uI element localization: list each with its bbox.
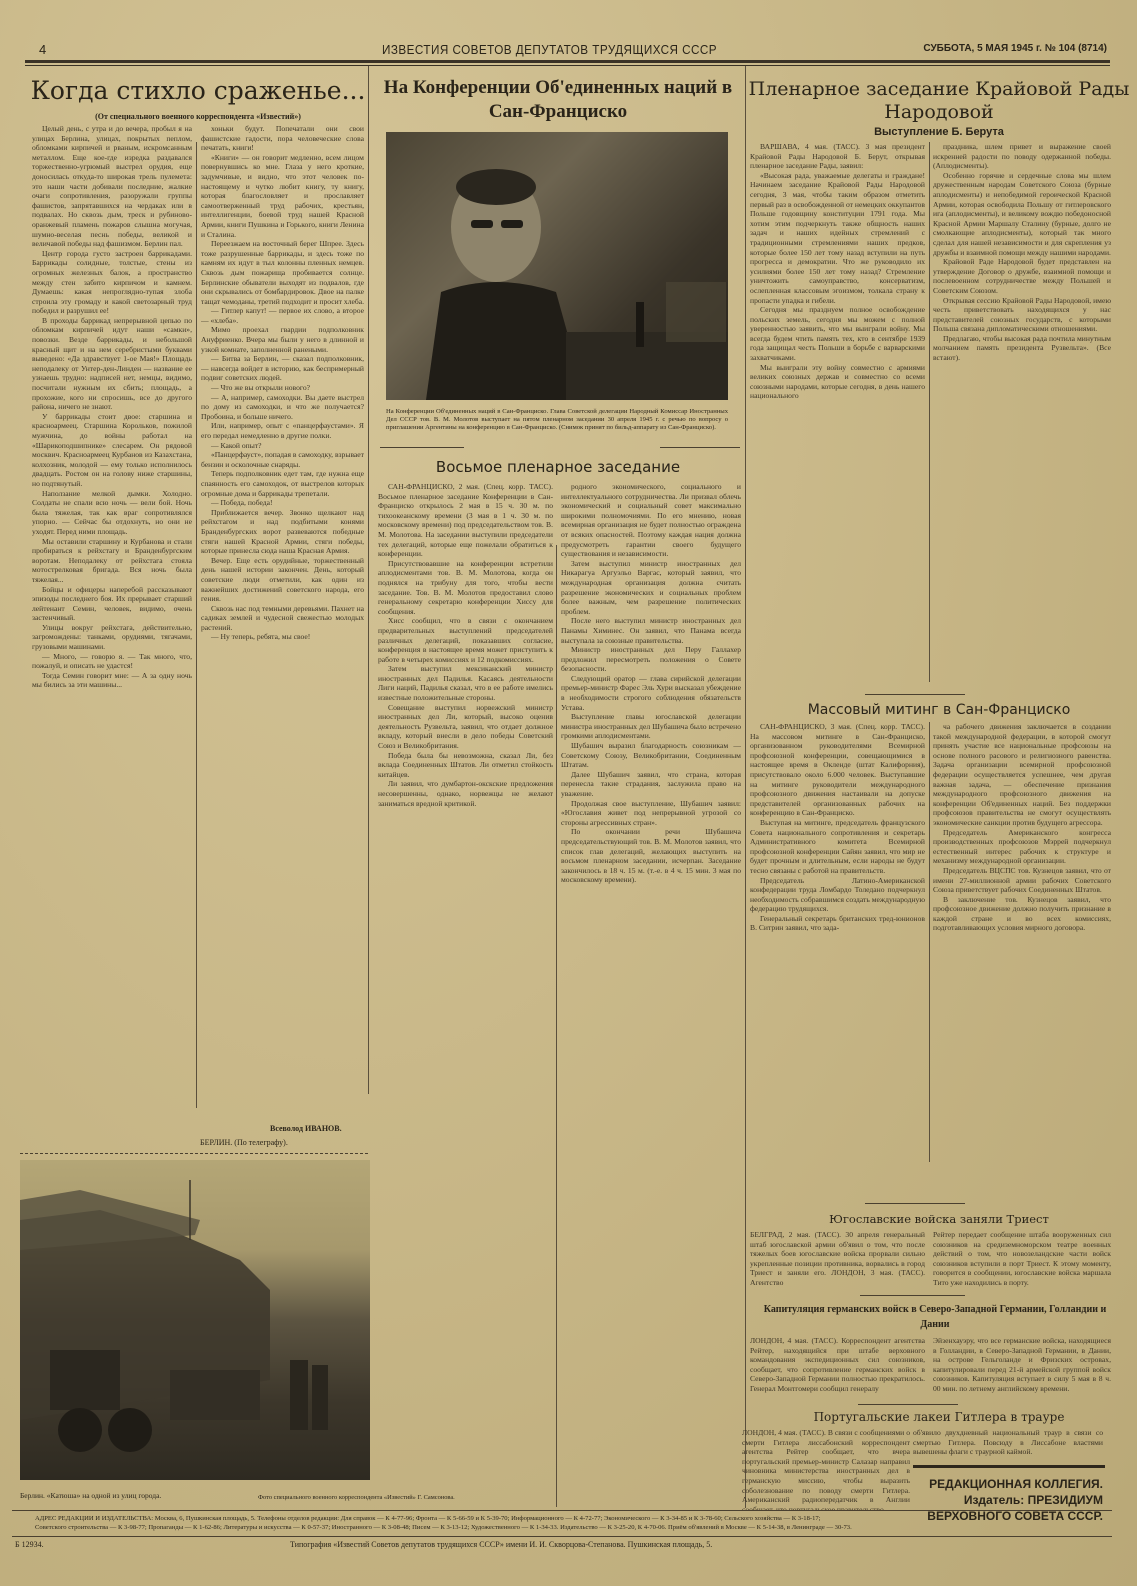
editorial-line-1: РЕДАКЦИОННАЯ КОЛЛЕГИЯ. — [913, 1476, 1103, 1492]
column-divider — [929, 722, 930, 1162]
paragraph: — Много, — говорю я. — Так много, что, п… — [32, 652, 192, 671]
paragraph: Председатель Латино-Американской конфеде… — [750, 876, 925, 914]
paragraph: Вечер. Еще есть орудийные, торжественный… — [201, 556, 364, 604]
photo-katyusha-berlin — [20, 1160, 370, 1480]
paragraph: Мы выиграли эту войну совместно с армиям… — [750, 363, 925, 401]
masthead: 4 ИЗВЕСТИЯ СОВЕТОВ ДЕПУТАТОВ ТРУДЯЩИХСЯ … — [12, 40, 1107, 62]
paragraph: ча рабочего движения заключается в созда… — [933, 722, 1111, 828]
headline-portugal: Португальские лакеи Гитлера в трауре — [748, 1410, 1130, 1424]
berlin-column-2: хоньки будут. Попечатали они свои фашист… — [201, 124, 364, 1094]
section-divider — [858, 1404, 958, 1405]
headline-mass-rally: Массовый митинг в Сан-Франциско — [748, 702, 1130, 718]
paragraph: — Какой опыт? — [201, 441, 364, 451]
printer-info: Типография «Известий Советов депутатов т… — [290, 1540, 890, 1549]
rada-column-1: ВАРШАВА, 4 мая. (ТАСС). 3 мая президент … — [750, 142, 925, 682]
portugal-column-1: ЛОНДОН, 4 мая. (ТАСС). В связи с сообщен… — [742, 1428, 910, 1510]
issue-date: СУББОТА, 5 МАЯ 1945 г. № 104 (8714) — [923, 43, 1107, 54]
paragraph: Тогда Семин говорит мне: — А за одну ноч… — [32, 671, 192, 690]
paragraph: родного экономического, социального и ин… — [561, 482, 741, 559]
paragraph: «Панцерфауст», попадая в самоходку, взры… — [201, 450, 364, 469]
headline-eighth-plenary: Восьмое пленарное заседание — [372, 458, 744, 476]
paragraph: Переезжаем на восточный берег Шпрее. Зде… — [201, 239, 364, 306]
paragraph: САН-ФРАНЦИСКО, 2 мая. (Спец. корр. ТАСС)… — [378, 482, 553, 559]
masthead-rule — [25, 60, 1110, 66]
section-divider — [380, 447, 464, 448]
paragraph: — Ну теперь, ребята, мы свое! — [201, 632, 364, 642]
paragraph: Улицы вокруг рейхстага, действительно, з… — [32, 623, 192, 652]
paragraph: Продолжая свое выступление, Шубашич заяв… — [561, 799, 741, 828]
paragraph: Наползание мелкой дымки. Холодно. Солдат… — [32, 489, 192, 537]
paragraph: — А, например, самоходки. Вы даете выстр… — [201, 393, 364, 422]
paragraph: Председатель Американского конгресса про… — [933, 828, 1111, 866]
section-divider — [865, 694, 965, 695]
column-divider — [196, 142, 197, 1108]
rada-column-2: праздника, шлем привет и выражение своей… — [933, 142, 1111, 682]
headline-trieste: Югославские войска заняли Триест — [748, 1212, 1130, 1226]
paragraph: Крайовой Раде Народовой будет представле… — [933, 257, 1111, 295]
paragraph: Председатель ВЦСПС тов. Кузнецов заявил,… — [933, 866, 1111, 895]
paragraph: В проходы баррикад непрерывной цепью по … — [32, 316, 192, 412]
eighth-plenary-column-1: САН-ФРАНЦИСКО, 2 мая. (Спец. корр. ТАСС)… — [378, 482, 553, 1508]
column-divider — [929, 142, 930, 682]
trieste-column-2: Рейтер передает сообщение штаба вооружен… — [933, 1230, 1111, 1290]
trieste-column-1: БЕЛГРАД, 2 мая. (ТАСС). 30 апреля генера… — [750, 1230, 925, 1290]
paragraph: — Что же вы открыли нового? — [201, 383, 364, 393]
paragraph: Сегодня мы празднуем полное освобождение… — [750, 305, 925, 363]
paragraph: Особенно горячие и сердечные слова мы шл… — [933, 171, 1111, 257]
author-signature: Всеволод ИВАНОВ. — [270, 1124, 342, 1133]
subheadline-bierut: Выступление Б. Берута — [748, 126, 1130, 138]
page-number: 4 — [39, 42, 46, 57]
section-divider — [860, 1295, 965, 1296]
paragraph: В заключение тов. Кузнецов заявил, что п… — [933, 895, 1111, 933]
paragraph: Шубашич выразил благодарность союзникам … — [561, 741, 741, 770]
editorial-line-2: Издатель: ПРЕЗИДИУМ — [913, 1492, 1103, 1508]
paragraph: Выступление главы югославской делегации … — [561, 712, 741, 741]
paragraph: Приближается вечер. Звонко щелкают над р… — [201, 508, 364, 556]
paragraph: «Книги» — он говорит медленно, всем лицо… — [201, 153, 364, 239]
footer-address-1: АДРЕС РЕДАКЦИИ И ИЗДАТЕЛЬСТВА: Москва, 6… — [35, 1514, 1105, 1523]
paragraph: Выступая на митинге, председатель францу… — [750, 818, 925, 876]
paragraph: Затем выступил министр иностранных дел Н… — [561, 559, 741, 617]
section-divider — [913, 1465, 1105, 1468]
paragraph: хоньки будут. Попечатали они свои фашист… — [201, 124, 364, 153]
paragraph: Победа была бы невозможна, сказал Ли, бе… — [378, 751, 553, 780]
paragraph: Центр города густо застроен баррикадами.… — [32, 249, 192, 316]
paragraph: Целый день, с утра и до вечера, пробыл я… — [32, 124, 192, 249]
eighth-plenary-column-2: родного экономического, социального и ин… — [561, 482, 741, 1508]
portugal-column-2: об'явило двухдневный национальный траур … — [913, 1428, 1103, 1468]
paragraph: У баррикады стоит двое: старшина и красн… — [32, 412, 192, 489]
rally-column-1: САН-ФРАНЦИСКО, 3 мая. (Спец. корр. ТАСС)… — [750, 722, 925, 1170]
paragraph: праздника, шлем привет и выражение своей… — [933, 142, 1111, 171]
headline-rada: Пленарное заседание Крайовой Рады Народо… — [748, 78, 1130, 124]
paragraph: Сквозь нас под темными деревьями. Пахнет… — [201, 604, 364, 633]
paragraph: Открывая сессию Крайовой Рады Народовой,… — [933, 296, 1111, 334]
column-divider — [368, 66, 369, 1094]
paragraph: Ли заявил, что думбартон-окскские предло… — [378, 779, 553, 808]
newspaper-page: 4 ИЗВЕСТИЯ СОВЕТОВ ДЕПУТАТОВ ТРУДЯЩИХСЯ … — [0, 0, 1137, 1586]
headline-berlin: Когда стихло сраженье... — [30, 76, 366, 105]
paragraph: После него выступил министр иностранных … — [561, 616, 741, 645]
paragraph: Мы оставили старшину и Курбанова и стали… — [32, 537, 192, 585]
paragraph: — Победа, победа! — [201, 498, 364, 508]
section-divider — [660, 447, 740, 448]
footer-address-2: Советского строительства — К 3-98-77; Пр… — [35, 1523, 1105, 1532]
order-number: Б 12934. — [15, 1540, 95, 1549]
berlin-column-1: Целый день, с утра и до вечера, пробыл я… — [32, 124, 192, 1110]
byline-berlin: (От специального военного корреспондента… — [30, 112, 366, 121]
column-divider — [745, 66, 746, 1508]
paragraph: САН-ФРАНЦИСКО, 3 мая. (Спец. корр. ТАСС)… — [750, 722, 925, 818]
paragraph: ВАРШАВА, 4 мая. (ТАСС). 3 мая президент … — [750, 142, 925, 171]
paragraph: Бойцы и офицеры наперебой рассказывают э… — [32, 585, 192, 623]
capitulation-column-2: Эйзенхауэру, что все германские войска, … — [933, 1336, 1111, 1406]
paragraph: Присутствовавшие на конференции встретил… — [378, 559, 553, 617]
capitulation-column-1: ЛОНДОН, 4 мая. (ТАСС). Корреспондент аге… — [750, 1336, 925, 1406]
paragraph: — Гитлер капут! — первое их слово, а вто… — [201, 306, 364, 325]
paragraph: Министр иностранных дел Перу Галлахер пр… — [561, 645, 741, 674]
paragraph: Предлагаю, чтобы высокая рада почтила ми… — [933, 334, 1111, 363]
headline-capitulation: Капитуляция германских войск в Северо-За… — [760, 1302, 1110, 1332]
headline-sf-conference: На Конференции Об'единенных наций в Сан-… — [372, 76, 744, 124]
photo-caption-molotov: На Конференции Об'единенных наций в Сан-… — [386, 408, 728, 431]
paragraph: Затем выступил мексиканский министр инос… — [378, 664, 553, 702]
paragraph: Теперь подполковник едет там, где нужна … — [201, 469, 364, 498]
paragraph: Хисс сообщил, что в связи с окончанием п… — [378, 616, 553, 664]
paragraph: «Высокая рада, уважаемые делегаты и граж… — [750, 171, 925, 305]
rally-column-2: ча рабочего движения заключается в созда… — [933, 722, 1111, 1162]
footer-rule — [12, 1536, 1112, 1537]
photo-caption-berlin: Берлин. «Катюша» на одной из улиц города… — [20, 1492, 220, 1500]
footer-rule — [12, 1510, 1112, 1511]
paragraph: По окончании речи Шубашича председательс… — [561, 827, 741, 885]
newspaper-title: ИЗВЕСТИЯ СОВЕТОВ ДЕПУТАТОВ ТРУДЯЩИХСЯ СС… — [382, 42, 717, 57]
section-divider — [865, 1203, 965, 1204]
paragraph: Мимо проехал гвардии подполковник Ануфри… — [201, 325, 364, 354]
paragraph: Генеральный секретарь британских тред-юн… — [750, 914, 925, 933]
photo-molotov — [386, 132, 728, 400]
dateline-berlin: БЕРЛИН. (По телеграфу). — [200, 1138, 288, 1147]
section-divider — [20, 1153, 368, 1154]
paragraph: Или, например, опыт с «панцерфаустами». … — [201, 421, 364, 440]
column-divider — [556, 545, 557, 1507]
paragraph: Следующий оратор — глава сирийской делег… — [561, 674, 741, 712]
paragraph: Далее Шубашич заявил, что страна, котора… — [561, 770, 741, 799]
paragraph: — Битва за Берлин, — сказал подполковник… — [201, 354, 364, 383]
paragraph: Совещание выступил норвежский министр ин… — [378, 703, 553, 751]
